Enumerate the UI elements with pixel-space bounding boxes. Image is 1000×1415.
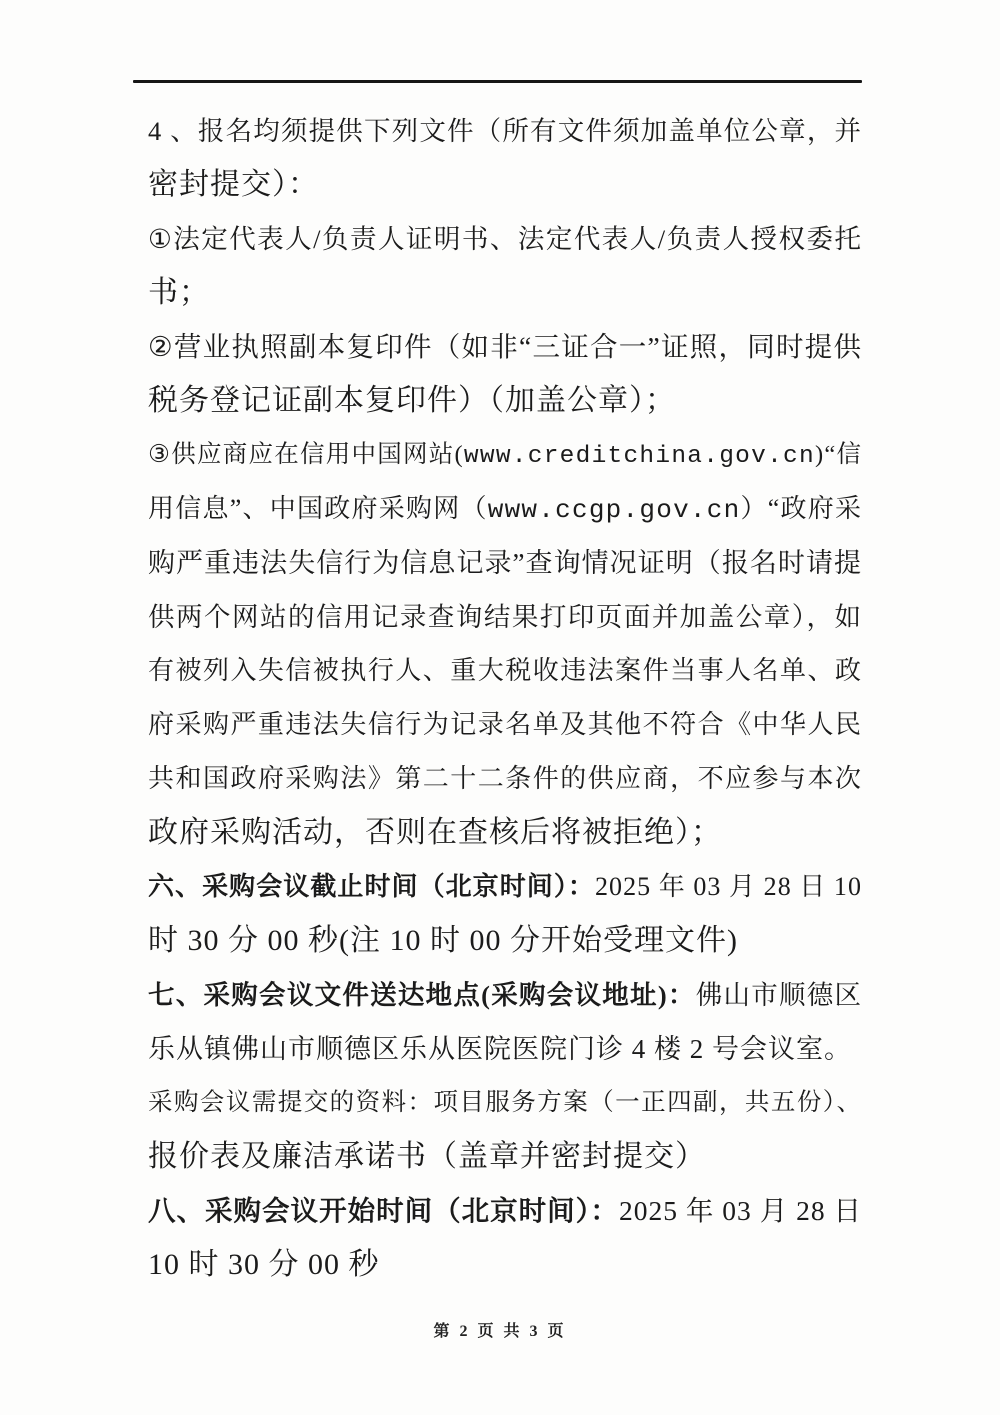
page-footer: 第 2 页 共 3 页 xyxy=(0,1318,1000,1341)
text-line: 乐从镇佛山市顺德区乐从医院医院门诊 4 楼 2 号会议室。 xyxy=(148,1022,862,1076)
page-number: 第 2 页 共 3 页 xyxy=(433,1323,566,1340)
text-line: 4 、报名均须提供下列文件（所有文件须加盖单位公章，并 xyxy=(148,104,862,158)
body-text-run: 2025 年 03 月 28 日 xyxy=(619,1195,862,1226)
body-text-run: ①法定代表人/负责人证明书、法定代表人/负责人授权委托 xyxy=(148,224,862,254)
body-text-run: 共和国政府采购法》第二十二条件的供应商，不应参与本次 xyxy=(148,764,862,793)
text-line: 书； xyxy=(148,266,862,320)
document-body: 4 、报名均须提供下列文件（所有文件须加盖单位公章，并密封提交）：①法定代表人/… xyxy=(148,104,862,1292)
body-text-run: 用信息”、中国政府采购网（ xyxy=(148,494,488,523)
body-text-run: 政府采购活动，否则在查核后将被拒绝）； xyxy=(148,816,722,849)
text-line: 用信息”、中国政府采购网（www.ccgp.gov.cn）“政府采 xyxy=(148,482,862,536)
body-text-run: ）“政府采 xyxy=(740,494,862,523)
text-line: 七、采购会议文件送达地点(采购会议地址)：佛山市顺德区 xyxy=(148,968,862,1022)
body-text-run: ③供应商应在信用中国网站( xyxy=(148,441,464,468)
text-line: 密封提交）： xyxy=(148,158,862,212)
text-line: 政府采购活动，否则在查核后将被拒绝）； xyxy=(148,806,862,860)
text-line: 采购会议需提交的资料：项目服务方案（一正四副，共五份）、 xyxy=(148,1076,862,1130)
text-line: 八、采购会议开始时间（北京时间）：2025 年 03 月 28 日 xyxy=(148,1184,862,1238)
body-text-run: 购严重违法失信行为信息记录”查询情况证明（报名时请提 xyxy=(148,548,862,578)
body-text-run: 采购会议需提交的资料：项目服务方案（一正四副，共五份）、 xyxy=(148,1089,862,1116)
text-line: 六、采购会议截止时间（北京时间）：2025 年 03 月 28 日 10 xyxy=(148,860,862,914)
body-text-run: 报价表及廉洁承诺书（盖章并密封提交） xyxy=(148,1140,706,1173)
body-text-run: 税务登记证副本复印件）（加盖公章）； xyxy=(148,384,676,417)
text-line: 供两个网站的信用记录查询结果打印页面并加盖公章），如 xyxy=(148,590,862,644)
body-text-run: )“信 xyxy=(815,441,862,468)
body-text-run: 乐从镇佛山市顺德区乐从医院医院门诊 4 楼 2 号会议室。 xyxy=(148,1034,852,1064)
text-line: 有被列入失信被执行人、重大税收违法案件当事人名单、政 xyxy=(148,644,862,698)
body-text-run: 府采购严重违法失信行为记录名单及其他不符合《中华人民 xyxy=(148,710,862,739)
text-line: ③供应商应在信用中国网站(www.creditchina.gov.cn)“信 xyxy=(148,428,862,482)
text-line: 购严重违法失信行为信息记录”查询情况证明（报名时请提 xyxy=(148,536,862,590)
section-heading-run: 六、采购会议截止时间（北京时间）： xyxy=(148,872,595,901)
text-line: 时 30 分 00 秒(注 10 时 00 分开始受理文件) xyxy=(148,914,862,968)
body-text-run: 10 时 30 分 00 秒 xyxy=(148,1248,380,1281)
text-line: 府采购严重违法失信行为记录名单及其他不符合《中华人民 xyxy=(148,698,862,752)
text-line: 共和国政府采购法》第二十二条件的供应商，不应参与本次 xyxy=(148,752,862,806)
text-line: 税务登记证副本复印件）（加盖公章）； xyxy=(148,374,862,428)
body-text-run: 供两个网站的信用记录查询结果打印页面并加盖公章），如 xyxy=(148,602,863,632)
section-heading-run: 八、采购会议开始时间（北京时间）： xyxy=(148,1195,619,1226)
header-rule xyxy=(133,80,862,83)
body-text-run: ②营业执照副本复印件（如非“三证合一”证照，同时提供 xyxy=(148,331,862,362)
body-text-run: 2025 年 03 月 28 日 10 xyxy=(595,872,862,901)
text-line: ②营业执照副本复印件（如非“三证合一”证照，同时提供 xyxy=(148,320,862,374)
section-heading-run: 七、采购会议文件送达地点(采购会议地址)： xyxy=(148,980,696,1010)
scanned-document-page: 4 、报名均须提供下列文件（所有文件须加盖单位公章，并密封提交）：①法定代表人/… xyxy=(0,0,1000,1415)
url-run: www.ccgp.gov.cn xyxy=(488,495,741,525)
body-text-run: 佛山市顺德区 xyxy=(696,980,863,1010)
url-run: www.creditchina.gov.cn xyxy=(464,443,815,470)
body-text-run: 书； xyxy=(148,276,210,309)
text-line: 报价表及廉洁承诺书（盖章并密封提交） xyxy=(148,1130,862,1184)
body-text-run: 4 、报名均须提供下列文件（所有文件须加盖单位公章，并 xyxy=(148,116,862,146)
body-text-run: 时 30 分 00 秒(注 10 时 00 分开始受理文件) xyxy=(148,924,738,957)
body-text-run: 密封提交）： xyxy=(148,168,319,201)
body-text-run: 有被列入失信被执行人、重大税收违法案件当事人名单、政 xyxy=(148,656,862,685)
text-line: 10 时 30 分 00 秒 xyxy=(148,1238,862,1292)
text-line: ①法定代表人/负责人证明书、法定代表人/负责人授权委托 xyxy=(148,212,862,266)
